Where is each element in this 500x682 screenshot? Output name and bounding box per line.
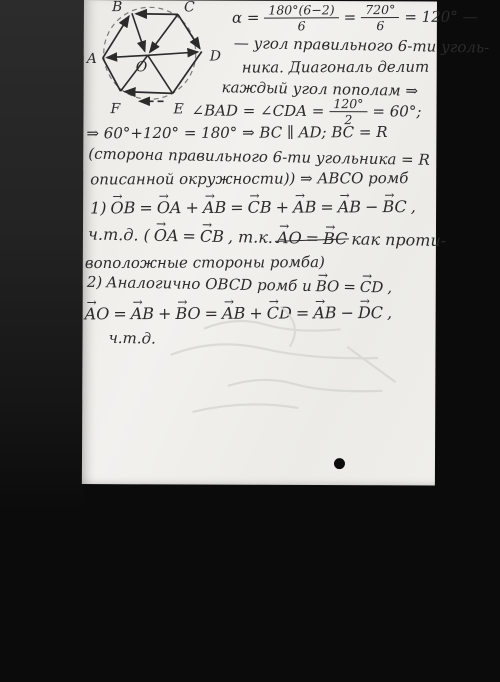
vector-bc: BC: [323, 230, 348, 249]
vector-oa: OA: [154, 227, 179, 246]
bleed-through-marks: [82, 280, 436, 442]
math-line-8: описанной окружности)) ⇒ ABCO ромб: [90, 170, 408, 189]
math-line-3: ника. Диагональ делит: [242, 59, 430, 77]
vector-ao: AO: [277, 229, 302, 248]
hexagon-diagonals: [107, 13, 198, 101]
vertex-label-a: A: [85, 51, 96, 67]
ink-dot: [334, 458, 345, 469]
vector-ob: OB: [110, 199, 135, 217]
vector-cb: CB: [248, 199, 272, 217]
vector-ab: AB: [203, 199, 226, 217]
math-line-10: ч.т.д. ( OA = CB , т.к. AO = BC как прот…: [88, 226, 446, 251]
formula-lead: α =: [232, 10, 260, 27]
math-line-1: α = 180°(6−2) 6 = 720° 6 = 120° —: [232, 3, 478, 33]
vertex-label-b: B: [111, 0, 122, 15]
vertex-label-c: C: [184, 0, 195, 15]
math-line-9: 1) OB = OA + AB = CB + AB = AB − BC ,: [90, 198, 416, 218]
vertex-label-e: E: [172, 101, 183, 117]
vector-ab: AB: [293, 198, 316, 216]
vertex-label-d: D: [209, 49, 221, 65]
notebook-page: B C A D O F E α = 180°(6−2) 6 = 720° 6 =…: [82, 0, 437, 486]
math-line-6: ⇒ 60°+120° = 180° ⇒ BC ∥ AD; BC = R: [86, 124, 387, 143]
math-line-7: (сторона правильного 6-ти угольника = R: [88, 146, 430, 170]
hexagon-edges: [103, 14, 202, 94]
vector-oa: OA: [157, 199, 182, 217]
math-line-2: — угол правильного 6-ти уголь-: [234, 35, 490, 57]
fraction: 720° 6: [361, 3, 399, 32]
vector-cb: CB: [200, 228, 224, 247]
scanned-handwritten-page: B C A D O F E α = 180°(6−2) 6 = 720° 6 =…: [0, 0, 500, 682]
vertex-label-f: F: [109, 101, 121, 117]
center-label-o: O: [136, 59, 148, 75]
fraction: 180°(6−2) 6: [264, 3, 338, 33]
crossed-out-equality: AO = BC: [277, 229, 348, 249]
fraction: 120° 2: [329, 97, 367, 126]
vector-ab: AB: [338, 198, 361, 216]
scan-background-left-strip: [0, 0, 84, 510]
math-line-11: воположные стороны ромба): [85, 254, 325, 272]
vector-bc: BC: [382, 198, 406, 216]
